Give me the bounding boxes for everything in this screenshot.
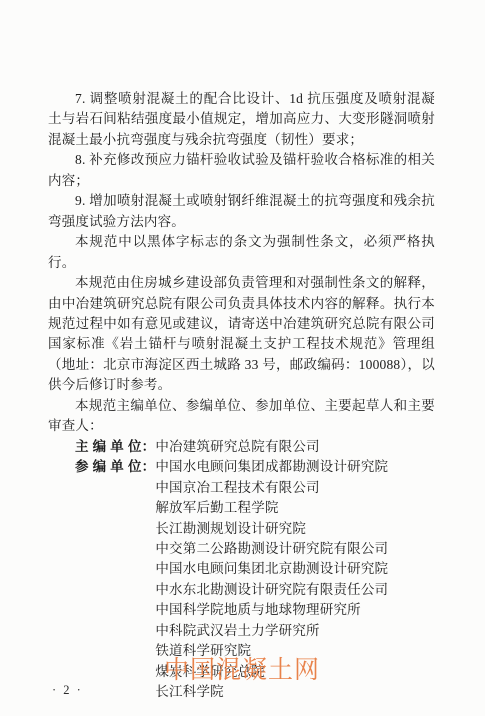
co-editor-row: 参 编 单 位： 中国水电顾问集团成都勘测设计研究院 中国京冶工程技术有限公司 …: [75, 457, 435, 702]
page-number: · 2 ·: [52, 683, 83, 698]
chief-editor-row: 主 编 单 位： 中冶建筑研究总院有限公司: [75, 437, 435, 457]
unit-name: 中国京冶工程技术有限公司: [155, 478, 435, 498]
chief-editor-names: 中冶建筑研究总院有限公司: [155, 437, 435, 457]
page-content: 7. 调整喷射混凝土的配合比设计、1d 抗压强度及喷射混凝土与岩石间粘结强度最小…: [48, 89, 435, 703]
unit-name: 中交第二公路勘测设计研究院有限公司: [155, 539, 435, 559]
unit-name: 解放军后勤工程学院: [155, 498, 435, 518]
unit-name: 煤炭科学研究总院: [155, 662, 435, 682]
paragraph-administration: 本规范由住房城乡建设部负责管理和对强制性条文的解释，由中冶建筑研究总院有限公司负…: [48, 273, 435, 396]
co-editor-names: 中国水电顾问集团成都勘测设计研究院 中国京冶工程技术有限公司 解放军后勤工程学院…: [155, 457, 435, 702]
unit-name: 中冶建筑研究总院有限公司: [155, 437, 435, 457]
unit-name: 长江勘测规划设计研究院: [155, 519, 435, 539]
unit-name: 中国科学院地质与地球物理研究所: [155, 600, 435, 620]
unit-name: 中水东北勘测设计研究院有限责任公司: [155, 580, 435, 600]
paragraph-mandatory-provisions: 本规范中以黑体字标志的条文为强制性条文，必须严格执行。: [48, 232, 435, 273]
paragraph-item-9: 9. 增加喷射混凝土或喷射钢纤维混凝土的抗弯强度和残余抗弯强度试验方法内容。: [48, 191, 435, 232]
paragraph-item-8: 8. 补充修改预应力锚杆验收试验及锚杆验收合格标准的相关内容；: [48, 150, 435, 191]
co-editor-label: 参 编 单 位：: [75, 457, 155, 477]
unit-name: 中科院武汉岩土力学研究所: [155, 621, 435, 641]
unit-name: 中国水电顾问集团北京勘测设计研究院: [155, 559, 435, 579]
paragraph-units-intro: 本规范主编单位、参编单位、参加单位、主要起草人和主要审查人：: [48, 396, 435, 437]
chief-editor-label: 主 编 单 位：: [75, 437, 155, 457]
unit-name: 铁道科学研究院: [155, 641, 435, 661]
unit-name: 长江科学院: [155, 682, 435, 702]
document-page: 7. 调整喷射混凝土的配合比设计、1d 抗压强度及喷射混凝土与岩石间粘结强度最小…: [0, 0, 485, 716]
unit-name: 中国水电顾问集团成都勘测设计研究院: [155, 457, 435, 477]
paragraph-item-7: 7. 调整喷射混凝土的配合比设计、1d 抗压强度及喷射混凝土与岩石间粘结强度最小…: [48, 89, 435, 150]
